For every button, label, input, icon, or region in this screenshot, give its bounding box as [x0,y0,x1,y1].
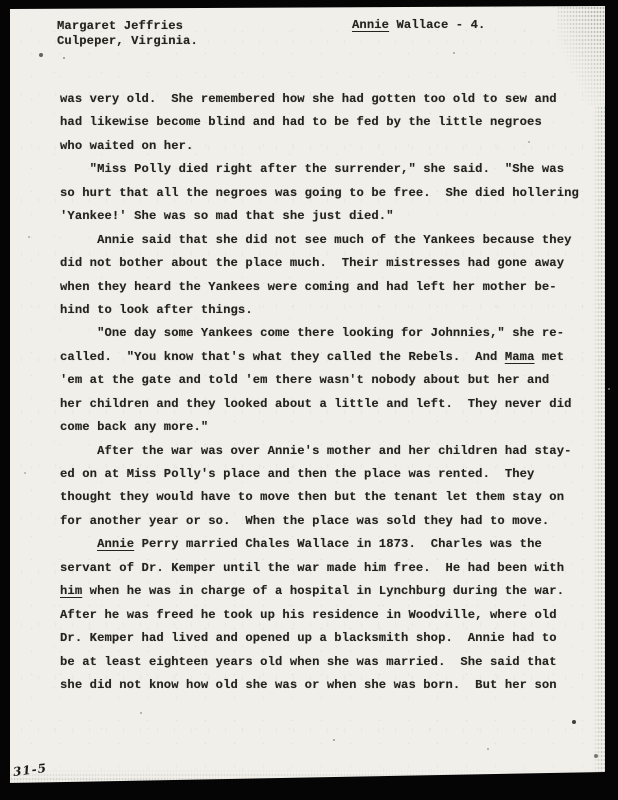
text-line: thought they would have to move then but… [60,486,595,509]
interviewer-header: Margaret Jeffries Culpeper, Virginia. [57,19,198,48]
text-line: 'em at the gate and told 'em there wasn'… [60,369,595,392]
text-line: ed on at Miss Polly's place and then the… [60,463,595,486]
text-line: Dr. Kemper had lived and opened up a bla… [60,627,595,650]
text-line: "Miss Polly died right after the surrend… [60,158,595,181]
text-line: when they heard the Yankees were coming … [60,276,595,299]
text-line: did not bother about the place much. The… [60,252,595,275]
text-line: After he was freed he took up his reside… [60,604,595,627]
interviewer-name: Margaret Jeffries [57,19,198,34]
document-body-text: was very old. She remembered how she had… [60,88,595,697]
document-page: Margaret Jeffries Culpeper, Virginia. An… [10,6,605,785]
handwritten-archive-number: 31-5 [12,761,47,779]
scanned-document-screenshot: { "colors": { "paper": "#f1efe9", "ink":… [0,0,618,800]
text-line: him when he was in charge of a hospital … [60,580,595,603]
text-line: called. "You know that's what they calle… [60,346,595,369]
text-line: Annie Perry married Chales Wallace in 18… [60,533,595,556]
text-line: was very old. She remembered how she had… [60,88,595,111]
text-line: who waited on her. [60,135,595,158]
text-line: 'Yankee!' She was so mad that she just d… [60,205,595,228]
subject-page-header: Annie Wallace - 4. [352,18,485,33]
text-line: hind to look after things. [60,299,595,322]
text-line: had likewise become blind and had to be … [60,111,595,134]
text-line: so hurt that all the negroes was going t… [60,182,595,205]
text-line: servant of Dr. Kemper until the war made… [60,557,595,580]
text-line: Annie said that she did not see much of … [60,229,595,252]
scan-edge-texture-bottom [10,769,605,785]
text-line: she did not know how old she was or when… [60,674,595,697]
text-line: "One day some Yankees come there looking… [60,322,595,345]
text-line: be at least eighteen years old when she … [60,651,595,674]
text-line: for another year or so. When the place w… [60,510,595,533]
text-line: After the war was over Annie's mother an… [60,440,595,463]
scan-dust-specks [0,0,2,2]
text-line: come back any more." [60,416,595,439]
interviewer-location: Culpeper, Virginia. [57,34,198,49]
text-line: her children and they looked about a lit… [60,393,595,416]
